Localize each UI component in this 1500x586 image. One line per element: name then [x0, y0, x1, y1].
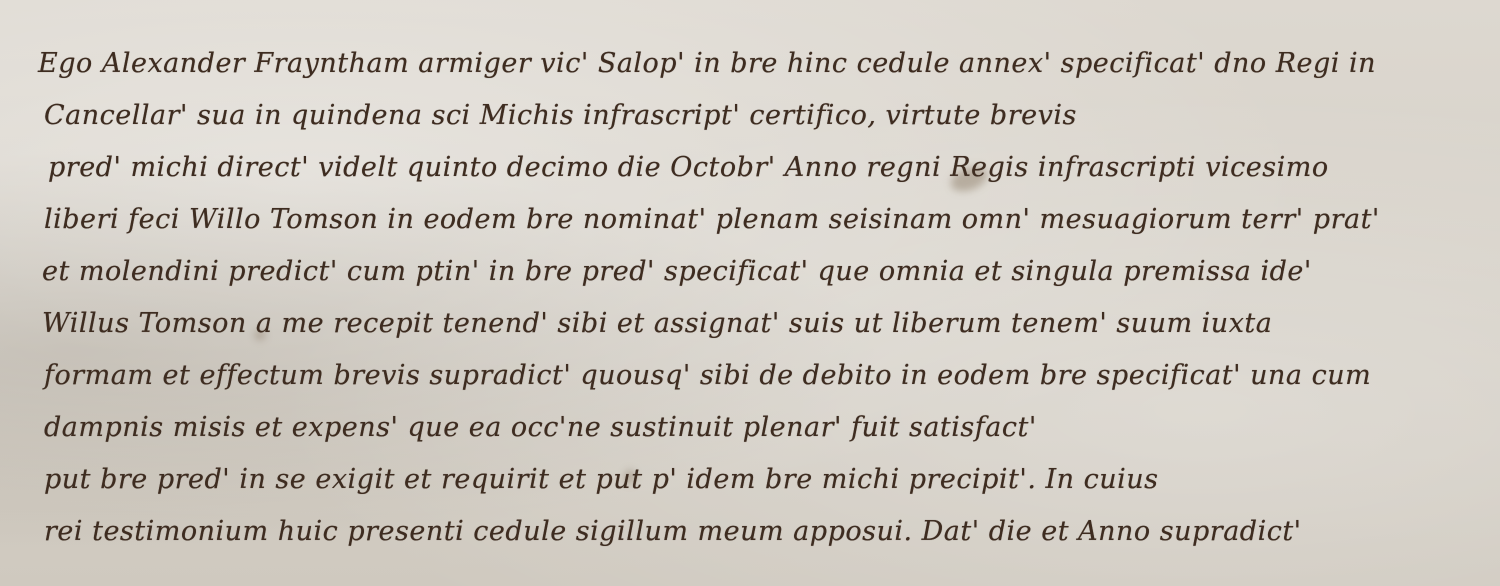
text-line: dampnis misis et expens' que ea occ'ne s…	[44, 412, 1037, 443]
text-line: put bre pred' in se exigit et requirit e…	[44, 464, 1159, 495]
text-line: formam et effectum brevis supradict' quo…	[44, 360, 1371, 391]
text-line: Ego Alexander Frayntham armiger vic' Sal…	[38, 48, 1376, 79]
text-line: Cancellar' sua in quindena sci Michis in…	[44, 100, 1077, 131]
text-line: Willus Tomson a me recepit tenend' sibi …	[42, 308, 1272, 339]
text-line: liberi feci Willo Tomson in eodem bre no…	[44, 204, 1380, 235]
text-line: rei testimonium huic presenti cedule sig…	[44, 516, 1302, 547]
text-line: et molendini predict' cum ptin' in bre p…	[42, 256, 1312, 287]
text-line: pred' michi direct' videlt quinto decimo…	[48, 152, 1329, 183]
manuscript-page: Ego Alexander Frayntham armiger vic' Sal…	[0, 0, 1500, 586]
